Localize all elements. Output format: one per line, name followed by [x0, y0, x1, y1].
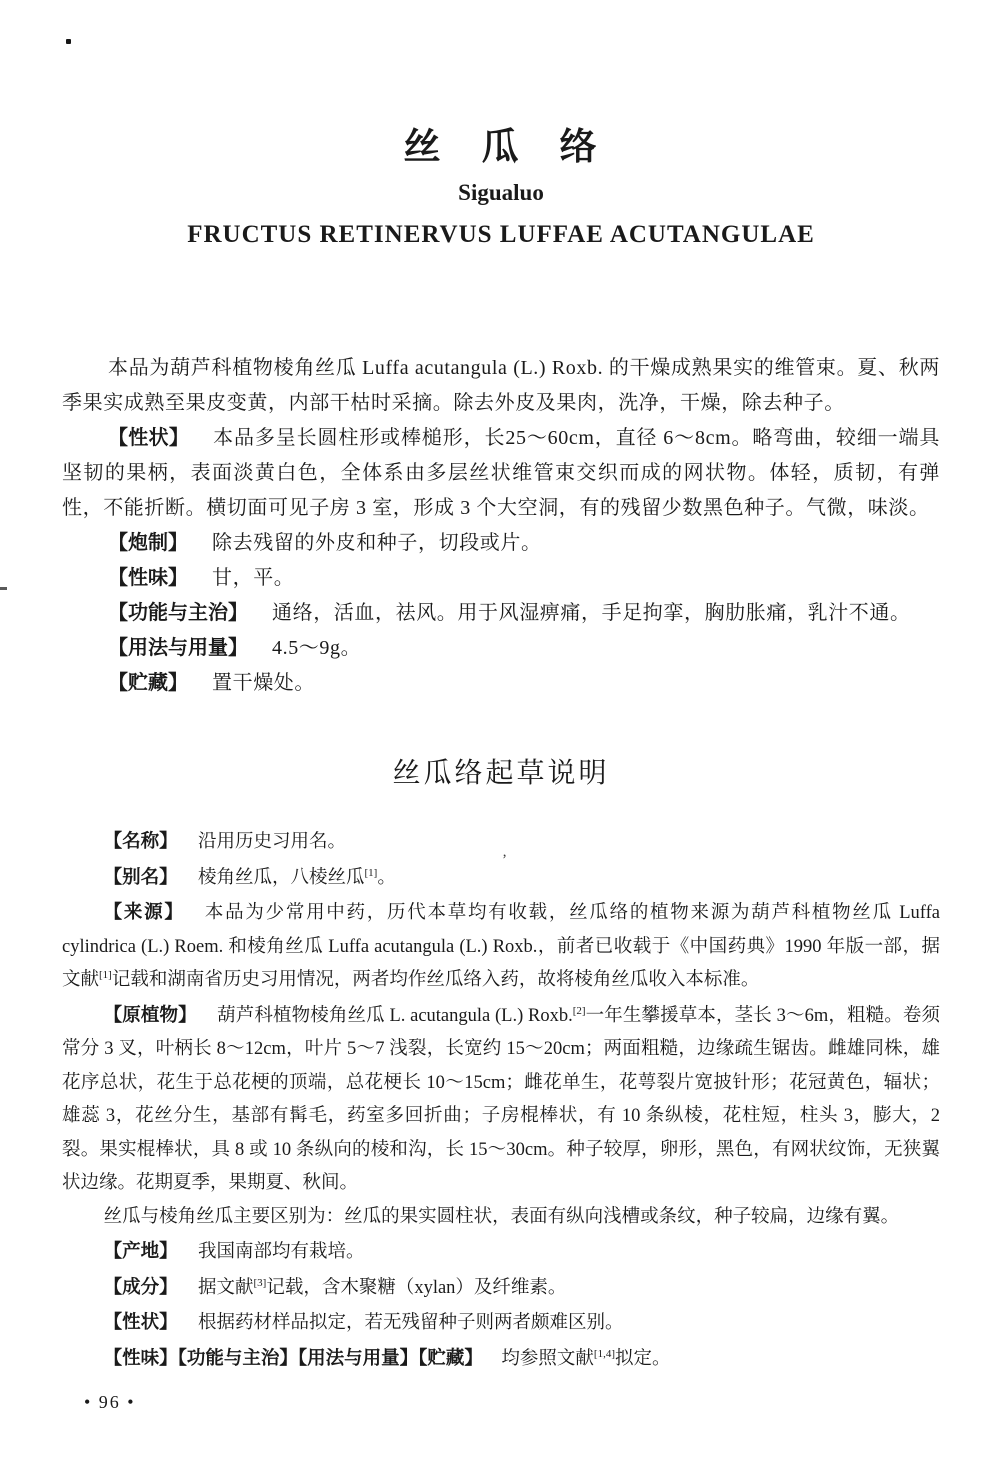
note-label: 【产地】: [104, 1240, 178, 1261]
note-name: 【名称】沿用历史习用名。: [62, 824, 940, 860]
reference-superscript: [3]: [254, 1276, 267, 1288]
note-alias: 【别名】棱角丝瓜，八棱丝瓜[1]。: [62, 860, 940, 896]
source-intro-paragraph: 本品为葫芦科植物棱角丝瓜 Luffa acutangula (L.) Roxb.…: [62, 351, 940, 421]
entry-label: 【性味】: [108, 567, 188, 589]
reference-superscript: [1]: [99, 969, 112, 981]
note-label: 【成分】: [104, 1276, 178, 1297]
entry-label: 【性状】: [108, 427, 189, 449]
entry-text: 本品多呈长圆柱形或棒槌形，长25～60cm，直径 6～8cm。略弯曲，较细一端具…: [62, 427, 940, 519]
note-text: 均参照文献: [501, 1349, 594, 1369]
document-page: ’ 丝 瓜 络 Sigualuo FRUCTUS RETINERVUS LUFF…: [0, 0, 990, 1482]
note-text: 根据药材样品拟定，若无残留种子则两者颇难区别。: [198, 1313, 624, 1333]
note-text: 。: [377, 868, 396, 888]
note-label: 【原植物】: [104, 1004, 197, 1025]
drug-title-chinese: 丝 瓜 络: [62, 0, 940, 170]
entry-property-taste: 【性味】甘，平。: [62, 561, 940, 596]
entry-text: 甘，平。: [212, 567, 294, 589]
entry-text: 通络，活血，祛风。用于风湿痹痛，手足拘挛，胸肋胀痛，乳汁不通。: [272, 602, 911, 624]
entry-text: 4.5～9g。: [272, 637, 361, 659]
reference-superscript: [1]: [365, 866, 378, 878]
note-text: 丝瓜与棱角丝瓜主要区别为：丝瓜的果实圆柱状，表面有纵向浅槽或条纹，种子较扁，边缘…: [104, 1207, 900, 1227]
note-text: 沿用历史习用名。: [198, 832, 346, 852]
note-difference: 丝瓜与棱角丝瓜主要区别为：丝瓜的果实圆柱状，表面有纵向浅槽或条纹，种子较扁，边缘…: [62, 1201, 940, 1235]
note-text: 记载，含木聚糖（xylan）及纤维素。: [266, 1278, 566, 1298]
edge-mark-artifact: [0, 587, 7, 590]
entry-dosage: 【用法与用量】4.5～9g。: [62, 631, 940, 666]
entry-processing: 【炮制】除去残留的外皮和种子，切段或片。: [62, 526, 940, 561]
note-text: 葫芦科植物棱角丝瓜 L. acutangula (L.) Roxb.: [217, 1006, 573, 1026]
entry-text: 置干燥处。: [212, 672, 315, 694]
note-text: 我国南部均有栽培。: [198, 1242, 365, 1262]
note-label: 【名称】: [104, 830, 178, 851]
page-number: • 96 •: [84, 1392, 136, 1413]
reference-superscript: [2]: [573, 1004, 586, 1016]
note-components: 【成分】据文献[3]记载，含木聚糖（xylan）及纤维素。: [62, 1270, 940, 1306]
note-source: 【来源】本品为少常用中药，历代本草均有收载，丝瓜络的植物来源为葫芦科植物丝瓜 L…: [62, 895, 940, 998]
note-label: 【性味】【功能与主治】【用法与用量】【贮藏】: [104, 1347, 483, 1368]
note-label: 【别名】: [104, 866, 178, 887]
note-production-area: 【产地】我国南部均有栽培。: [62, 1234, 940, 1270]
drug-title-latin: FRUCTUS RETINERVUS LUFFAE ACUTANGULAE: [62, 221, 940, 249]
notes-section-title: 丝瓜络起草说明: [62, 751, 940, 791]
note-original-plant: 【原植物】葫芦科植物棱角丝瓜 L. acutangula (L.) Roxb.[…: [62, 998, 940, 1201]
entry-label: 【炮制】: [108, 532, 188, 554]
monograph-header: 丝 瓜 络 Sigualuo FRUCTUS RETINERVUS LUFFAE…: [62, 0, 940, 249]
entry-functions-indications: 【功能与主治】通络，活血，祛风。用于风湿痹痛，手足拘挛，胸肋胀痛，乳汁不通。: [62, 596, 940, 631]
entry-label: 【用法与用量】: [108, 637, 248, 659]
entry-label: 【贮藏】: [108, 672, 188, 694]
entry-storage: 【贮藏】置干燥处。: [62, 666, 940, 701]
drug-title-pinyin: Sigualuo: [62, 180, 940, 206]
note-description: 【性状】根据药材样品拟定，若无残留种子则两者颇难区别。: [62, 1305, 940, 1341]
ink-dot-artifact: [66, 39, 71, 44]
note-label: 【性状】: [104, 1311, 178, 1332]
note-text: 一年生攀援草本，茎长 3～6m，粗糙。卷须常分 3 叉，叶柄长 8～12cm，叶…: [62, 1006, 940, 1194]
reference-superscript: [1,4]: [594, 1347, 615, 1359]
entry-description: 【性状】本品多呈长圆柱形或棒槌形，长25～60cm，直径 6～8cm。略弯曲，较…: [62, 421, 940, 526]
note-text: 棱角丝瓜，八棱丝瓜: [198, 868, 365, 888]
monograph-section: 本品为葫芦科植物棱角丝瓜 Luffa acutangula (L.) Roxb.…: [62, 351, 940, 701]
entry-text: 除去残留的外皮和种子，切段或片。: [212, 532, 542, 554]
stray-apostrophe-artifact: ’: [502, 852, 507, 869]
note-text: 记载和湖南省历史习用情况，两者均作丝瓜络入药，故将棱角丝瓜收入本标准。: [112, 970, 760, 990]
note-label: 【来源】: [104, 901, 185, 922]
note-text: 拟定。: [615, 1349, 671, 1369]
entry-label: 【功能与主治】: [108, 602, 248, 624]
page-content: 丝 瓜 络 Sigualuo FRUCTUS RETINERVUS LUFFAE…: [0, 0, 990, 1376]
note-combined-reference: 【性味】【功能与主治】【用法与用量】【贮藏】均参照文献[1,4]拟定。: [62, 1341, 940, 1377]
note-text: 据文献: [198, 1278, 254, 1298]
source-intro-text: 本品为葫芦科植物棱角丝瓜 Luffa acutangula (L.) Roxb.…: [62, 357, 940, 414]
drafting-notes-section: 【名称】沿用历史习用名。 【别名】棱角丝瓜，八棱丝瓜[1]。 【来源】本品为少常…: [62, 824, 940, 1376]
